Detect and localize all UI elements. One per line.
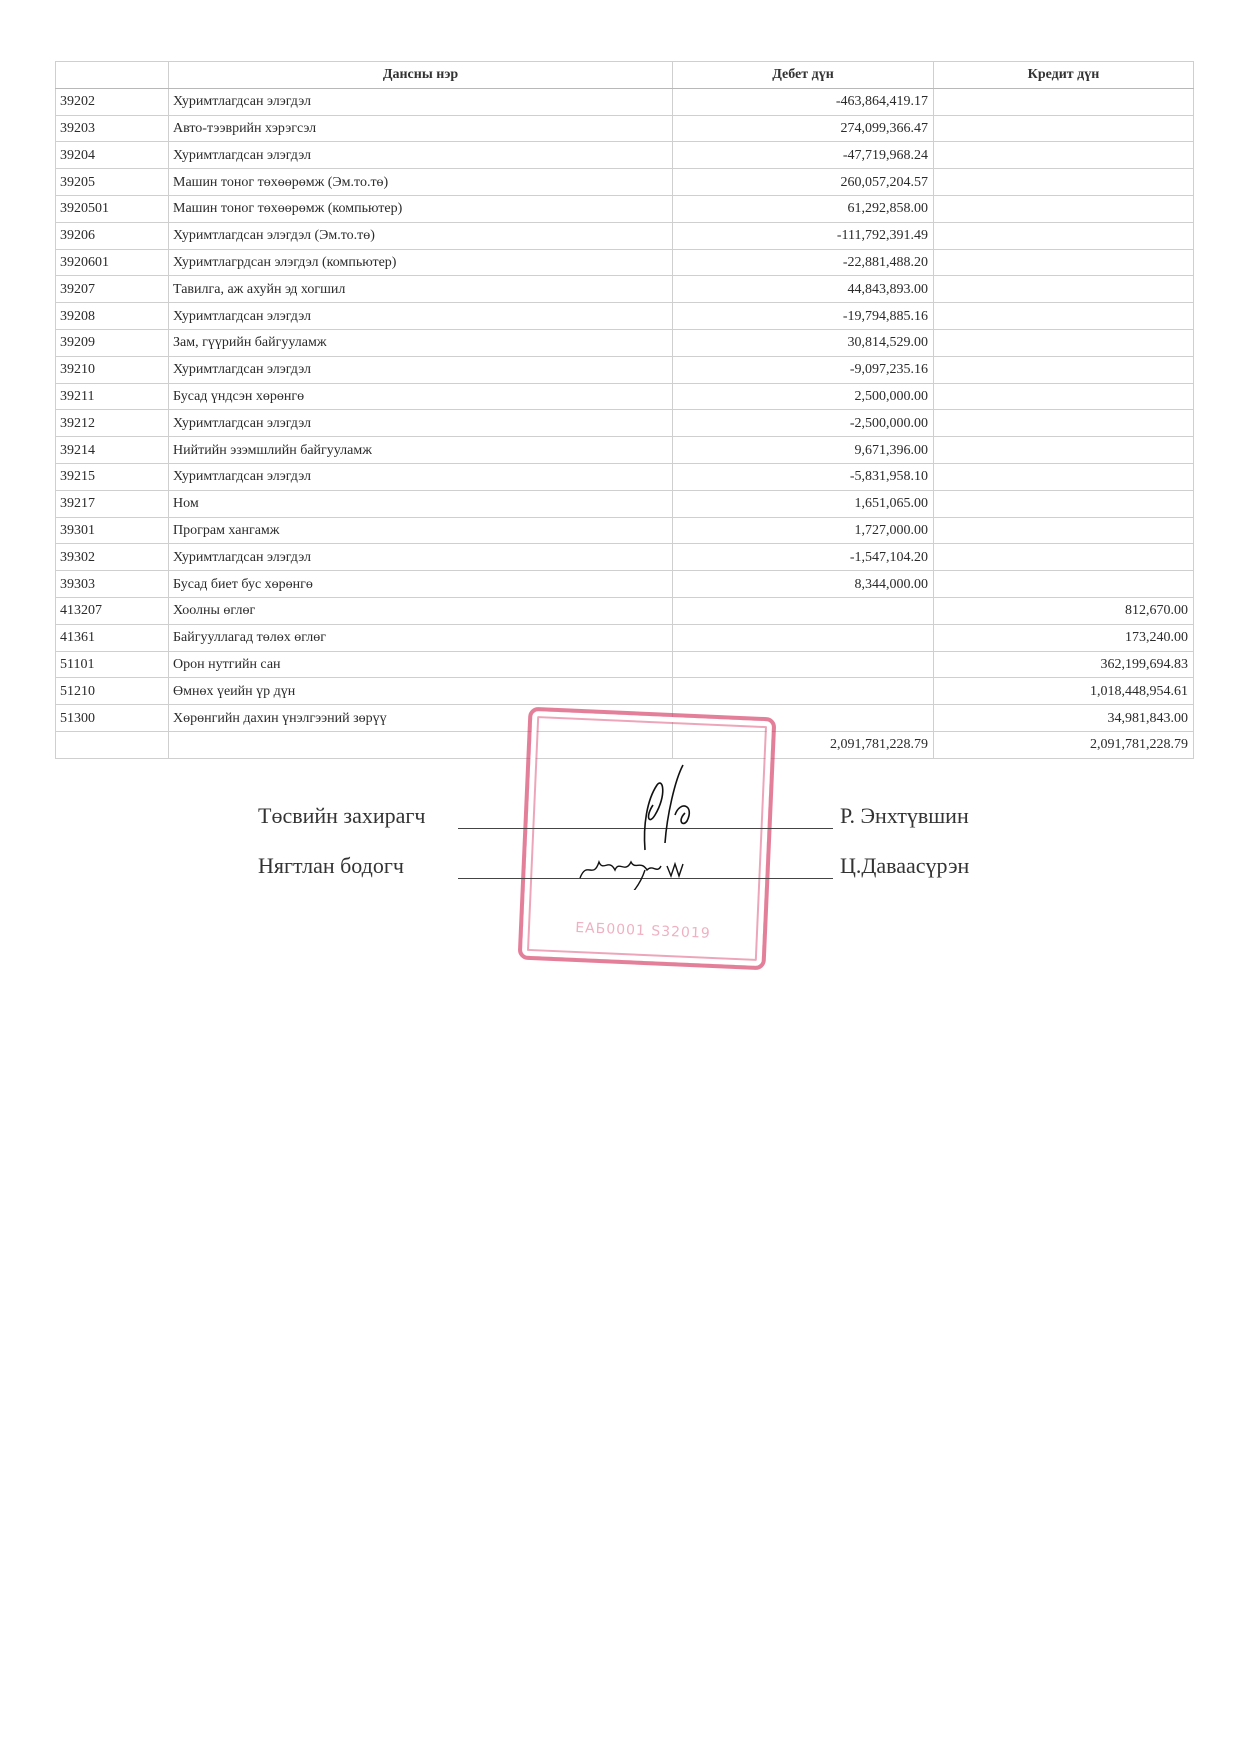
credit-amount — [934, 571, 1194, 598]
credit-amount — [934, 383, 1194, 410]
total-credit-amount: 2,091,781,228.79 — [934, 731, 1194, 758]
account-name: Хуримтлагдсан элэгдэл — [169, 303, 673, 330]
signature-row-budget-manager: Төсвийн захирагч Р. Энхтүвшин — [258, 795, 1018, 845]
account-name: Машин тоног төхөөрөмж (компьютер) — [169, 195, 673, 222]
account-name: Хуримтлагдсан элэгдэл — [169, 142, 673, 169]
account-name: Ном — [169, 490, 673, 517]
account-code: 39205 — [56, 169, 169, 196]
account-name: Тавилга, аж ахуйн эд хогшил — [169, 276, 673, 303]
account-name: Хуримтлагдсан элэгдэл (Эм.то.тө) — [169, 222, 673, 249]
account-code: 39206 — [56, 222, 169, 249]
credit-amount — [934, 329, 1194, 356]
header-account-name: Дансны нэр — [169, 62, 673, 89]
credit-amount — [934, 249, 1194, 276]
debit-amount: -9,097,235.16 — [673, 356, 934, 383]
account-name: Хуримтлагдсан элэгдэл — [169, 88, 673, 115]
account-code: 3920501 — [56, 195, 169, 222]
debit-amount: 9,671,396.00 — [673, 437, 934, 464]
account-code: 39208 — [56, 303, 169, 330]
account-name: Хуримтлагдсан элэгдэл — [169, 410, 673, 437]
account-name: Өмнөх үеийн үр дүн — [169, 678, 673, 705]
credit-amount: 34,981,843.00 — [934, 705, 1194, 732]
signature-line — [458, 828, 833, 829]
table-row: 39205Машин тоног төхөөрөмж (Эм.то.тө)260… — [56, 169, 1194, 196]
table-row: 39301Програм хангамж1,727,000.00 — [56, 517, 1194, 544]
table-row: 39217Ном1,651,065.00 — [56, 490, 1194, 517]
header-credit-amount: Кредит дүн — [934, 62, 1194, 89]
credit-amount — [934, 195, 1194, 222]
debit-amount: 44,843,893.00 — [673, 276, 934, 303]
account-code: 39217 — [56, 490, 169, 517]
debit-amount: 2,500,000.00 — [673, 383, 934, 410]
credit-amount: 173,240.00 — [934, 624, 1194, 651]
header-debit-amount: Дебет дүн — [673, 62, 934, 89]
account-code: 39215 — [56, 463, 169, 490]
credit-amount — [934, 490, 1194, 517]
credit-amount — [934, 410, 1194, 437]
account-code: 51210 — [56, 678, 169, 705]
debit-amount — [673, 678, 934, 705]
account-code: 39302 — [56, 544, 169, 571]
debit-amount: 30,814,529.00 — [673, 329, 934, 356]
credit-amount — [934, 276, 1194, 303]
total-debit-amount: 2,091,781,228.79 — [673, 731, 934, 758]
table-row: 51101Орон нутгийн сан362,199,694.83 — [56, 651, 1194, 678]
signatory-title: Төсвийн захирагч — [258, 803, 426, 829]
signature-row-accountant: Нягтлан бодогч Ц.Даваасүрэн — [258, 845, 1018, 895]
account-name: Байгууллагад төлөх өглөг — [169, 624, 673, 651]
trial-balance-table: Дансны нэр Дебет дүн Кредит дүн 39202Хур… — [55, 61, 1194, 759]
table-row: 51210Өмнөх үеийн үр дүн1,018,448,954.61 — [56, 678, 1194, 705]
header-account-code — [56, 62, 169, 89]
credit-amount: 812,670.00 — [934, 597, 1194, 624]
table-row: 39212Хуримтлагдсан элэгдэл-2,500,000.00 — [56, 410, 1194, 437]
credit-amount — [934, 303, 1194, 330]
account-name: Хөрөнгийн дахин үнэлгээний зөрүү — [169, 705, 673, 732]
debit-amount — [673, 651, 934, 678]
signature-line — [458, 878, 833, 879]
account-code: 39203 — [56, 115, 169, 142]
credit-amount — [934, 437, 1194, 464]
credit-amount — [934, 356, 1194, 383]
stamp-registration-code: ЕАБ0001 S32019 — [523, 918, 763, 944]
debit-amount: -1,547,104.20 — [673, 544, 934, 571]
credit-amount — [934, 517, 1194, 544]
table-row: 39302Хуримтлагдсан элэгдэл-1,547,104.20 — [56, 544, 1194, 571]
table-body: 39202Хуримтлагдсан элэгдэл-463,864,419.1… — [56, 88, 1194, 758]
credit-amount — [934, 115, 1194, 142]
signatory-name: Р. Энхтүвшин — [840, 803, 969, 829]
account-code: 39212 — [56, 410, 169, 437]
table-row: 3920501Машин тоног төхөөрөмж (компьютер)… — [56, 195, 1194, 222]
table-row: 39204Хуримтлагдсан элэгдэл-47,719,968.24 — [56, 142, 1194, 169]
credit-amount — [934, 88, 1194, 115]
account-code: 39210 — [56, 356, 169, 383]
credit-amount — [934, 169, 1194, 196]
table-header-row: Дансны нэр Дебет дүн Кредит дүн — [56, 62, 1194, 89]
account-name: Зам, гүүрийн байгууламж — [169, 329, 673, 356]
account-name: Програм хангамж — [169, 517, 673, 544]
account-code: 39204 — [56, 142, 169, 169]
credit-amount — [934, 463, 1194, 490]
table-row: 413207Хоолны өглөг812,670.00 — [56, 597, 1194, 624]
totals-code — [56, 731, 169, 758]
table-row: 51300Хөрөнгийн дахин үнэлгээний зөрүү34,… — [56, 705, 1194, 732]
debit-amount: -111,792,391.49 — [673, 222, 934, 249]
debit-amount: 61,292,858.00 — [673, 195, 934, 222]
account-code: 3920601 — [56, 249, 169, 276]
account-code: 41361 — [56, 624, 169, 651]
credit-amount — [934, 544, 1194, 571]
debit-amount — [673, 705, 934, 732]
account-name: Бусад үндсэн хөрөнгө — [169, 383, 673, 410]
credit-amount — [934, 142, 1194, 169]
account-name: Хуримтлагдсан элэгдэл — [169, 356, 673, 383]
table-row: 41361Байгууллагад төлөх өглөг173,240.00 — [56, 624, 1194, 651]
account-code: 413207 — [56, 597, 169, 624]
credit-amount: 362,199,694.83 — [934, 651, 1194, 678]
account-code: 39214 — [56, 437, 169, 464]
account-code: 51300 — [56, 705, 169, 732]
signatory-title: Нягтлан бодогч — [258, 853, 404, 879]
signatory-name: Ц.Даваасүрэн — [840, 853, 969, 879]
debit-amount: -2,500,000.00 — [673, 410, 934, 437]
credit-amount — [934, 222, 1194, 249]
table-row: 39210Хуримтлагдсан элэгдэл-9,097,235.16 — [56, 356, 1194, 383]
table-row: 39303Бусад биет бус хөрөнгө8,344,000.00 — [56, 571, 1194, 598]
signature-block: Төсвийн захирагч Р. Энхтүвшин Нягтлан бо… — [258, 795, 1018, 895]
debit-amount: 1,727,000.00 — [673, 517, 934, 544]
account-code: 39301 — [56, 517, 169, 544]
account-code: 39207 — [56, 276, 169, 303]
account-name: Машин тоног төхөөрөмж (Эм.то.тө) — [169, 169, 673, 196]
debit-amount: -19,794,885.16 — [673, 303, 934, 330]
account-name: Хоолны өглөг — [169, 597, 673, 624]
account-code: 39209 — [56, 329, 169, 356]
account-code: 39303 — [56, 571, 169, 598]
account-name: Хуримтлагдсан элэгдэл — [169, 463, 673, 490]
table-row: 3920601Хуримтлагрдсан элэгдэл (компьютер… — [56, 249, 1194, 276]
debit-amount — [673, 597, 934, 624]
account-code: 39211 — [56, 383, 169, 410]
debit-amount: 260,057,204.57 — [673, 169, 934, 196]
table-row: 39209Зам, гүүрийн байгууламж30,814,529.0… — [56, 329, 1194, 356]
totals-row: 2,091,781,228.792,091,781,228.79 — [56, 731, 1194, 758]
credit-amount: 1,018,448,954.61 — [934, 678, 1194, 705]
table-row: 39215Хуримтлагдсан элэгдэл-5,831,958.10 — [56, 463, 1194, 490]
account-name: Хуримтлагдсан элэгдэл — [169, 544, 673, 571]
debit-amount: -5,831,958.10 — [673, 463, 934, 490]
account-name: Орон нутгийн сан — [169, 651, 673, 678]
totals-label — [169, 731, 673, 758]
table-row: 39207Тавилга, аж ахуйн эд хогшил44,843,8… — [56, 276, 1194, 303]
account-code: 51101 — [56, 651, 169, 678]
account-code: 39202 — [56, 88, 169, 115]
debit-amount: -47,719,968.24 — [673, 142, 934, 169]
debit-amount: 1,651,065.00 — [673, 490, 934, 517]
table-row: 39208Хуримтлагдсан элэгдэл-19,794,885.16 — [56, 303, 1194, 330]
debit-amount: -22,881,488.20 — [673, 249, 934, 276]
account-name: Нийтийн эзэмшлийн байгууламж — [169, 437, 673, 464]
table-row: 39203Авто-тээврийн хэрэгсэл274,099,366.4… — [56, 115, 1194, 142]
table-row: 39206Хуримтлагдсан элэгдэл (Эм.то.тө)-11… — [56, 222, 1194, 249]
account-name: Хуримтлагрдсан элэгдэл (компьютер) — [169, 249, 673, 276]
table-row: 39202Хуримтлагдсан элэгдэл-463,864,419.1… — [56, 88, 1194, 115]
account-name: Авто-тээврийн хэрэгсэл — [169, 115, 673, 142]
account-name: Бусад биет бус хөрөнгө — [169, 571, 673, 598]
debit-amount — [673, 624, 934, 651]
debit-amount: -463,864,419.17 — [673, 88, 934, 115]
debit-amount: 8,344,000.00 — [673, 571, 934, 598]
debit-amount: 274,099,366.47 — [673, 115, 934, 142]
table-row: 39214Нийтийн эзэмшлийн байгууламж9,671,3… — [56, 437, 1194, 464]
table-row: 39211Бусад үндсэн хөрөнгө2,500,000.00 — [56, 383, 1194, 410]
